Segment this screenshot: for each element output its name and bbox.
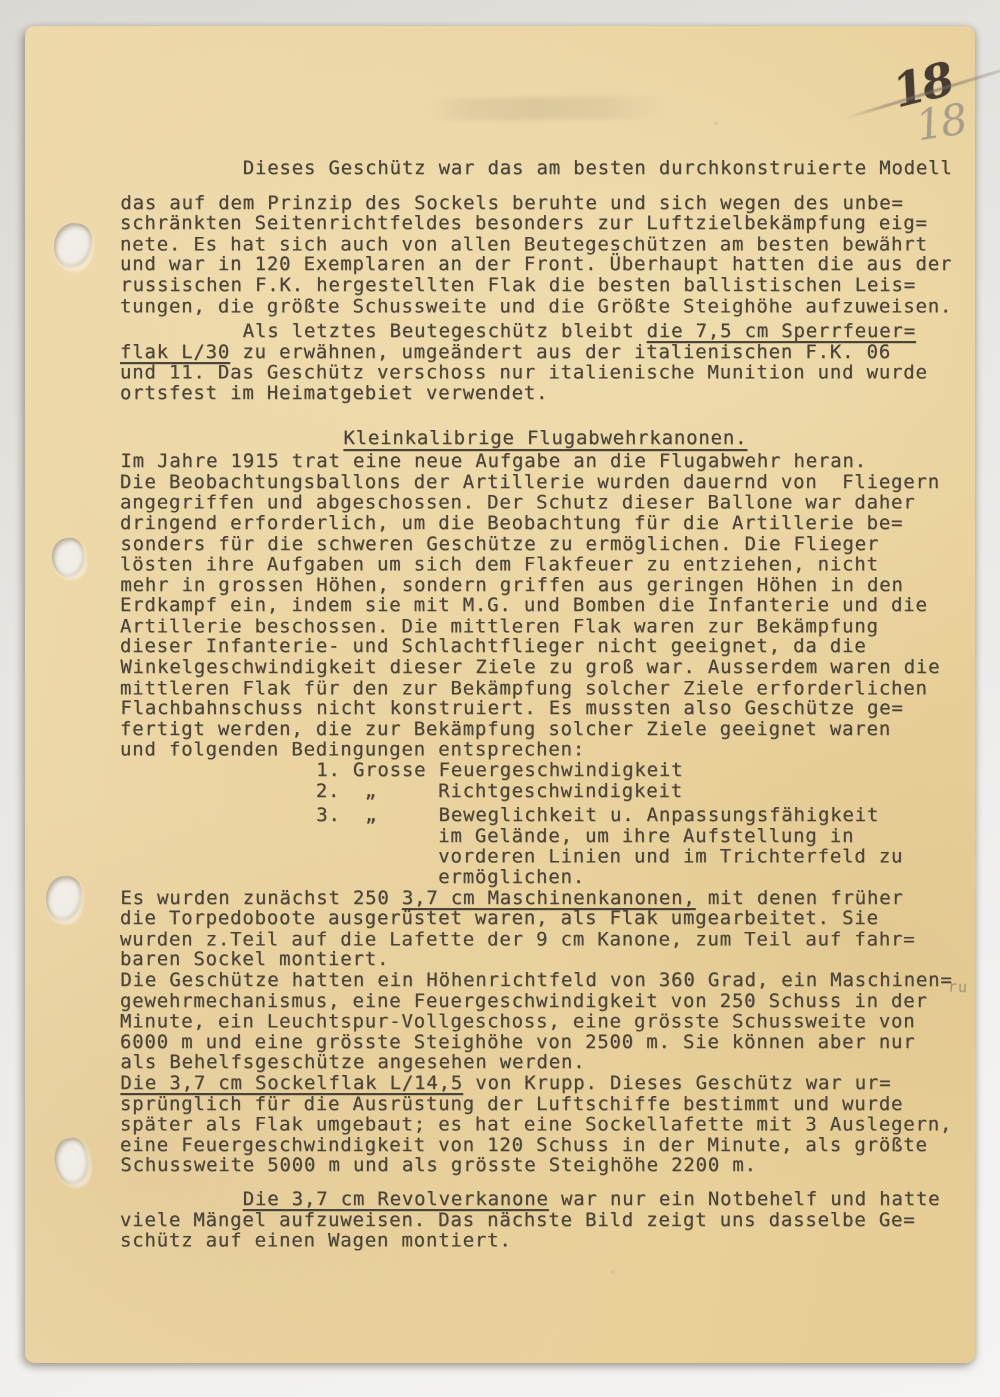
- punch-hole: [50, 536, 87, 579]
- text-line: Flachbahnschuss nicht konstruiert. Es mu…: [120, 698, 970, 719]
- text-segment: war nur ein Notbehelf und hatte: [549, 1188, 941, 1210]
- text-line: als Behelfsgeschütze angesehen werden.: [120, 1052, 970, 1073]
- text-line: Die Beobachtungsballons der Artillerie w…: [120, 472, 970, 493]
- text-line: dringend erforderlich, um die Beobachtun…: [120, 513, 970, 534]
- text-segment: ortsfest im Heimatgebiet verwendet.: [120, 382, 548, 404]
- text-segment: von Krupp. Dieses Geschütz war ur=: [463, 1072, 891, 1094]
- text-line: 1. Grosse Feuergeschwindigkeit: [120, 760, 970, 781]
- text-line: russischen F.K. hergestellten Flak die b…: [120, 275, 970, 296]
- para-maschinenkanonen: Es wurden zunächst 250 3,7 cm Maschinenk…: [120, 888, 970, 970]
- text-segment: baren Sockel montiert.: [120, 948, 389, 970]
- text-line: Kleinkalibrige Flugabwehrkanonen.: [120, 428, 970, 449]
- text-segment: russischen F.K. hergestellten Flak die b…: [120, 274, 916, 296]
- text-segment: Als letztes Beutegeschütz bleibt: [120, 320, 646, 342]
- text-line: im Gelände, um ihre Aufstellung in: [120, 826, 970, 847]
- text-line: eine Feuergeschwindigkeit von 120 Schuss…: [120, 1135, 970, 1156]
- punch-hole: [44, 875, 83, 923]
- text-line: flak L/30 zu erwähnen, umgeändert aus de…: [120, 342, 970, 363]
- text-line: gewehrmechanismus, eine Feuergeschwindig…: [120, 991, 970, 1012]
- text-line: wurden z.Teil auf die Lafette der 9 cm K…: [120, 929, 970, 950]
- text-line: ortsfest im Heimatgebiet verwendet.: [120, 383, 970, 404]
- paper-speck: [714, 122, 718, 125]
- text-segment: tungen, die größte Schussweite und die G…: [120, 295, 952, 317]
- text-line: sprünglich für die Ausrüstung der Luftsc…: [120, 1094, 970, 1115]
- text-line: ermöglichen.: [120, 867, 970, 888]
- text-line: Minute, ein Leuchtspur-Vollgeschoss, ein…: [120, 1011, 970, 1032]
- text-segment: fertigt werden, die zur Bekämpfung solch…: [120, 718, 891, 740]
- text-segment: Artillerie beschossen. Die mittleren Fla…: [120, 615, 879, 637]
- text-segment: 2. „ Richtgeschwindigkeit: [120, 780, 683, 802]
- underlined-text: flak L/30: [120, 341, 230, 363]
- para-revolverkanone: Die 3,7 cm Revolverkanone war nur ein No…: [120, 1189, 970, 1251]
- underlined-text: Die 3,7 cm Revolverkanone: [243, 1188, 549, 1210]
- underlined-text: Die 3,7 cm Sockelflak L/14,5: [120, 1072, 463, 1094]
- text-segment: Im Jahre 1915 trat eine neue Aufgabe an …: [120, 450, 867, 472]
- text-segment: Winkelgeschwindigkeit dieser Ziele zu gr…: [120, 656, 940, 678]
- text-segment: 1. Grosse Feuergeschwindigkeit: [120, 759, 683, 781]
- text-segment: zu erwähnen, umgeändert aus der italieni…: [230, 341, 891, 363]
- text-line: schränkten Seitenrichtfeldes besonders z…: [120, 213, 970, 234]
- text-segment: mittleren Flak für den zur Bekämpfung so…: [120, 677, 928, 699]
- text-segment: wurden z.Teil auf die Lafette der 9 cm K…: [120, 928, 916, 950]
- text-line: 3. „ Beweglichkeit u. Anpassungsfähigkei…: [120, 805, 970, 826]
- text-line: später als Flak umgebaut; es hat eine So…: [120, 1114, 970, 1135]
- text-segment: und 11. Das Geschütz verschoss nur itali…: [120, 362, 928, 384]
- underlined-text: die 7,5 cm Sperrfeuer=: [647, 320, 916, 342]
- text-line: fertigt werden, die zur Bekämpfung solch…: [120, 719, 970, 740]
- paper-speck: [611, 1270, 615, 1274]
- text-segment: mit denen früher: [696, 887, 904, 909]
- text-segment: sonders für die schweren Geschütze zu er…: [120, 533, 879, 555]
- text-line: Im Jahre 1915 trat eine neue Aufgabe an …: [120, 451, 970, 472]
- text-segment: Die Beobachtungsballons der Artillerie w…: [120, 471, 940, 493]
- text-line: Erdkampf ein, indem sie mit M.G. und Bom…: [120, 595, 970, 616]
- text-segment: als Behelfsgeschütze angesehen werden.: [120, 1051, 585, 1073]
- text-line: baren Sockel montiert.: [120, 949, 970, 970]
- text-segment: [120, 1188, 242, 1210]
- text-line: mehr in grossen Höhen, sondern griffen a…: [120, 575, 970, 596]
- para-geschuetze-daten: Die Geschütze hatten ein Höhenrichtfeld …: [120, 970, 970, 1073]
- text-line: und folgenden Bedingungen entsprechen:: [120, 740, 970, 761]
- text-line: Die Geschütze hatten ein Höhenrichtfeld …: [120, 970, 970, 991]
- text-segment: 6000 m und eine grösste Steighöhe von 25…: [120, 1031, 916, 1053]
- punch-hole: [51, 1135, 93, 1188]
- text-segment: viele Mängel aufzuweisen. Das nächste Bi…: [120, 1209, 916, 1231]
- text-line: nete. Es hat sich auch von allen Beutege…: [120, 234, 970, 255]
- text-line: Es wurden zunächst 250 3,7 cm Maschinenk…: [120, 888, 970, 909]
- text-segment: Minute, ein Leuchtspur-Vollgeschoss, ein…: [120, 1010, 916, 1032]
- para-sperrfeuerflak: Als letztes Beutegeschütz bleibt die 7,5…: [120, 321, 970, 403]
- section-heading: Kleinkalibrige Flugabwehrkanonen.: [120, 428, 970, 449]
- text-segment: im Gelände, um ihre Aufstellung in: [120, 825, 854, 847]
- text-line: Winkelgeschwindigkeit dieser Ziele zu gr…: [120, 657, 970, 678]
- text-line: viele Mängel aufzuweisen. Das nächste Bi…: [120, 1210, 970, 1231]
- list-bedingungen-3: 3. „ Beweglichkeit u. Anpassungsfähigkei…: [120, 805, 970, 887]
- text-line: Die 3,7 cm Revolverkanone war nur ein No…: [120, 1189, 970, 1210]
- handwritten-page-number-pencil: 18: [912, 94, 969, 150]
- text-line: Die 3,7 cm Sockelflak L/14,5 von Krupp. …: [120, 1073, 970, 1094]
- title-line: Dieses Geschütz war das am besten durchk…: [120, 158, 970, 179]
- text-segment: gewehrmechanismus, eine Feuergeschwindig…: [120, 990, 928, 1012]
- text-segment: mehr in grossen Höhen, sondern griffen a…: [120, 574, 903, 596]
- text-line: Dieses Geschütz war das am besten durchk…: [120, 158, 970, 179]
- text-segment: später als Flak umgebaut; es hat eine So…: [120, 1113, 952, 1135]
- text-segment: sprünglich für die Ausrüstung der Luftsc…: [120, 1093, 903, 1115]
- text-line: und war in 120 Exemplaren an der Front. …: [120, 254, 970, 275]
- text-segment: Es wurden zunächst 250: [120, 887, 402, 909]
- text-line: mittleren Flak für den zur Bekämpfung so…: [120, 678, 970, 699]
- text-segment: dringend erforderlich, um die Beobachtun…: [120, 512, 903, 534]
- text-segment: 3. „ Beweglichkeit u. Anpassungsfähigkei…: [120, 804, 879, 826]
- text-segment: Die Geschütze hatten ein Höhenrichtfeld …: [120, 969, 952, 991]
- text-segment: und war in 120 Exemplaren an der Front. …: [120, 253, 952, 275]
- para-sockelflak: Die 3,7 cm Sockelflak L/14,5 von Krupp. …: [120, 1073, 970, 1176]
- text-line: und 11. Das Geschütz verschoss nur itali…: [120, 363, 970, 384]
- text-segment: Flachbahnschuss nicht konstruiert. Es mu…: [120, 697, 903, 719]
- para-flugabwehr-1915: Im Jahre 1915 trat eine neue Aufgabe an …: [120, 451, 970, 760]
- text-segment: eine Feuergeschwindigkeit von 120 Schuss…: [120, 1134, 928, 1156]
- erased-stamp-smudge: [428, 96, 666, 121]
- para-sockel: das auf dem Prinzip des Sockels beruhte …: [120, 193, 970, 317]
- text-line: Artillerie beschossen. Die mittleren Fla…: [120, 616, 970, 637]
- text-line: schütz auf einen Wagen montiert.: [120, 1230, 970, 1251]
- text-segment: dieser Infanterie- und Schlachtflieger n…: [120, 635, 867, 657]
- text-segment: schränkten Seitenrichtfeldes besonders z…: [120, 212, 928, 234]
- text-segment: Schussweite 5000 m und als grösste Steig…: [120, 1154, 756, 1176]
- text-line: sonders für die schweren Geschütze zu er…: [120, 534, 970, 555]
- text-segment: ermöglichen.: [120, 866, 585, 888]
- text-segment: die Torpedoboote ausgerüstet waren, als …: [120, 907, 879, 929]
- text-segment: vorderen Linien und im Trichterfeld zu: [120, 846, 903, 868]
- text-segment: das auf dem Prinzip des Sockels beruhte …: [120, 192, 903, 214]
- list-bedingungen-1-2: 1. Grosse Feuergeschwindigkeit 2. „ Rich…: [120, 760, 970, 801]
- text-line: angegriffen und abgeschossen. Der Schutz…: [120, 493, 970, 514]
- text-line: 6000 m und eine grösste Steighöhe von 25…: [120, 1032, 970, 1053]
- text-segment: Dieses Geschütz war das am besten durchk…: [120, 157, 952, 179]
- text-line: dieser Infanterie- und Schlachtflieger n…: [120, 636, 970, 657]
- text-line: vorderen Linien und im Trichterfeld zu: [120, 847, 970, 868]
- underlined-text: Kleinkalibrige Flugabwehrkanonen.: [343, 427, 747, 449]
- text-line: die Torpedoboote ausgerüstet waren, als …: [120, 908, 970, 929]
- punch-hole: [51, 221, 95, 272]
- text-segment: lösten ihre Aufgaben um sich dem Flakfeu…: [120, 553, 879, 575]
- text-segment: nete. Es hat sich auch von allen Beutege…: [120, 233, 928, 255]
- text-segment: Erdkampf ein, indem sie mit M.G. und Bom…: [120, 594, 928, 616]
- underlined-text: 3,7 cm Maschinenkanonen,: [402, 887, 696, 909]
- text-line: tungen, die größte Schussweite und die G…: [120, 296, 970, 317]
- typed-text: Dieses Geschütz war das am besten durchk…: [120, 158, 970, 1251]
- text-segment: schütz auf einen Wagen montiert.: [120, 1229, 512, 1251]
- text-line: lösten ihre Aufgaben um sich dem Flakfeu…: [120, 554, 970, 575]
- text-segment: und folgenden Bedingungen entsprechen:: [120, 739, 585, 761]
- text-line: 2. „ Richtgeschwindigkeit: [120, 781, 970, 802]
- text-line: Als letztes Beutegeschütz bleibt die 7,5…: [120, 321, 970, 342]
- text-line: das auf dem Prinzip des Sockels beruhte …: [120, 193, 970, 214]
- text-line: Schussweite 5000 m und als grösste Steig…: [120, 1155, 970, 1176]
- text-segment: angegriffen und abgeschossen. Der Schutz…: [120, 492, 916, 514]
